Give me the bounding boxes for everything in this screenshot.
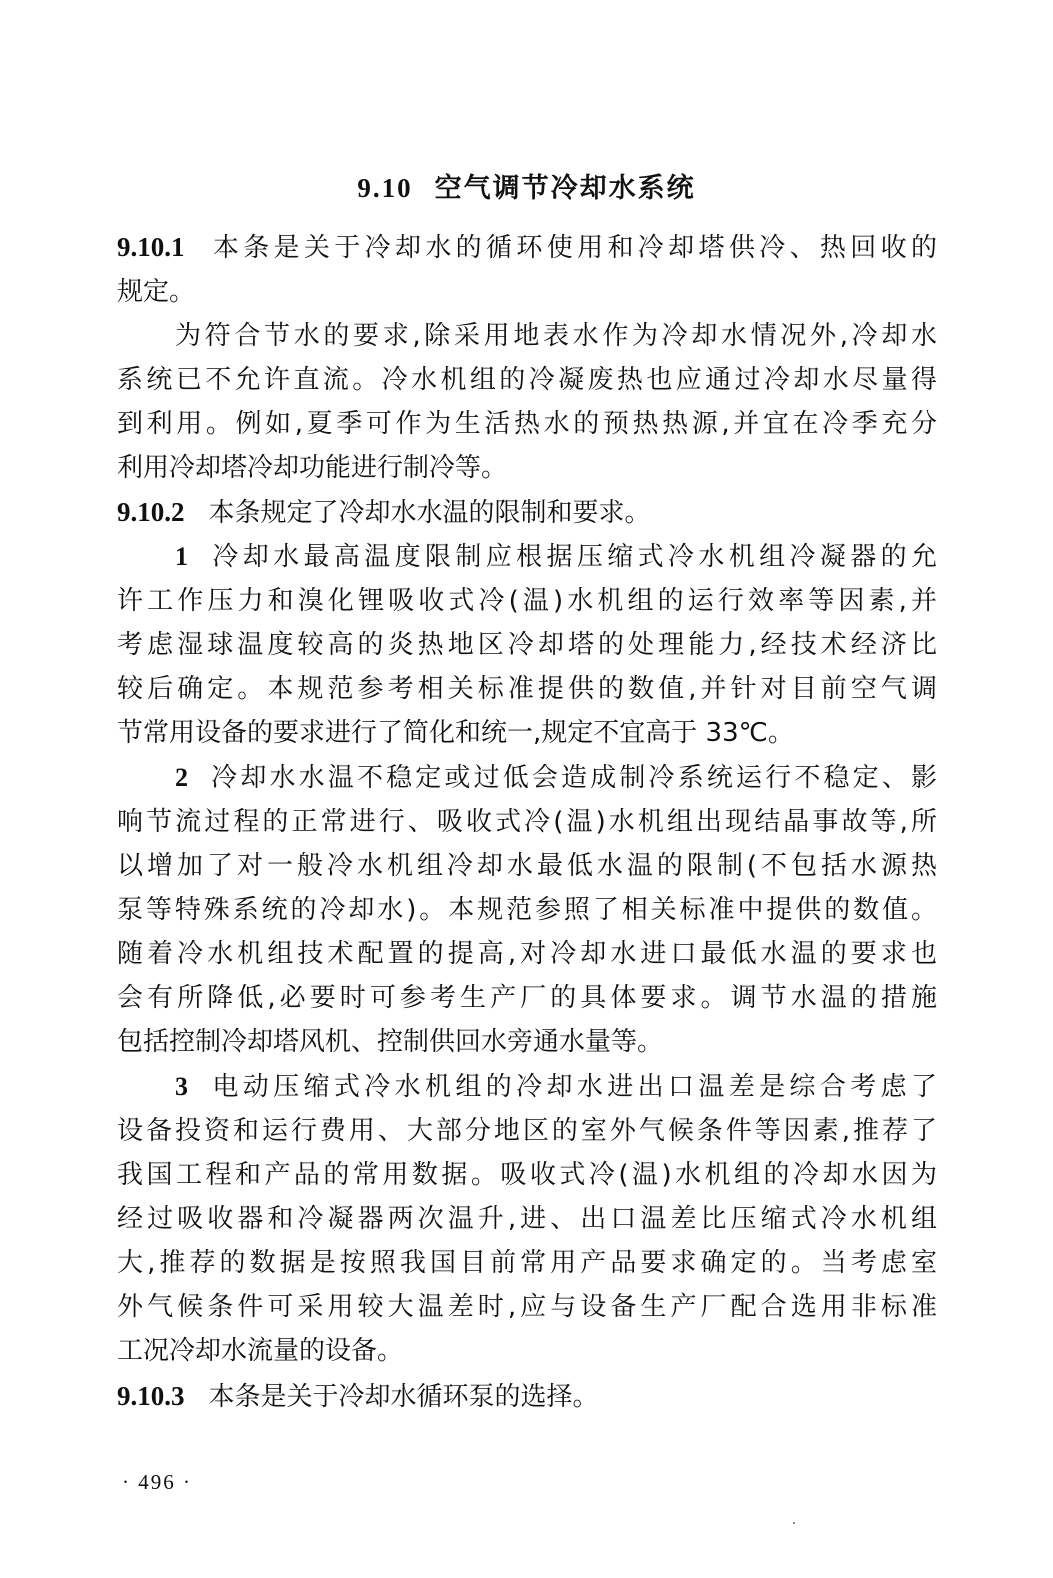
item-line: 随着冷水机组技术配置的提高,对冷却水进口最低水温的要求也 xyxy=(117,937,937,971)
item-line: 会有所降低,必要时可参考生产厂的具体要求。调节水温的措施 xyxy=(117,981,937,1015)
section-heading: 9.10空气调节冷却水系统 xyxy=(0,166,1053,205)
item-line: 许工作压力和溴化锂吸收式冷(温)水机组的运行效率等因素,并 xyxy=(117,584,937,618)
clause-line: 规定。 xyxy=(117,275,937,309)
item-line: 2冷却水水温不稳定或过低会造成制冷系统运行不稳定、影 xyxy=(175,761,937,795)
clause-text: 本条是关于冷却水的循环使用和冷却塔供冷、热回收的 xyxy=(209,233,938,263)
item-line: 较后确定。本规范参考相关标准提供的数值,并针对目前空气调 xyxy=(117,672,937,706)
clause-number: 9.10.1 xyxy=(117,232,185,262)
page-number: · 496 · xyxy=(122,1470,192,1495)
section-title: 空气调节冷却水系统 xyxy=(435,173,696,204)
item-line: 3电动压缩式冷水机组的冷却水进出口温差是综合考虑了 xyxy=(175,1070,937,1104)
section-number: 9.10 xyxy=(357,173,412,203)
clause-text: 本条规定了冷却水水温的限制和要求。 xyxy=(209,498,651,528)
item-line: 工况冷却水流量的设备。 xyxy=(117,1334,937,1368)
clause-line: 9.10.1本条是关于冷却水的循环使用和冷却塔供冷、热回收的 xyxy=(117,230,937,265)
item-line: 外气候条件可采用较大温差时,应与设备生产厂配合选用非标准 xyxy=(117,1290,937,1324)
paragraph-line: 利用冷却塔冷却功能进行制冷等。 xyxy=(117,451,937,485)
item-line: 响节流过程的正常进行、吸收式冷(温)水机组出现结晶事故等,所 xyxy=(117,805,937,839)
paragraph-line: 为符合节水的要求,除采用地表水作为冷却水情况外,冷却水 xyxy=(175,319,937,353)
item-line: 考虑湿球温度较高的炎热地区冷却塔的处理能力,经技术经济比 xyxy=(117,628,937,662)
paragraph-line: 到利用。例如,夏季可作为生活热水的预热热源,并宜在冷季充分 xyxy=(117,407,937,441)
item-line: 经过吸收器和冷凝器两次温升,进、出口温差比压缩式冷水机组 xyxy=(117,1202,937,1236)
item-line: 设备投资和运行费用、大部分地区的室外气候条件等因素,推荐了 xyxy=(117,1114,937,1148)
item-text: 电动压缩式冷水机组的冷却水进出口温差是综合考虑了 xyxy=(208,1072,937,1102)
item-number: 1 xyxy=(175,542,188,571)
item-line: 泵等特殊系统的冷却水)。本规范参照了相关标准中提供的数值。 xyxy=(117,893,937,927)
clause-line: 9.10.2本条规定了冷却水水温的限制和要求。 xyxy=(117,495,937,530)
item-text: 冷却水水温不稳定或过低会造成制冷系统运行不稳定、影 xyxy=(208,763,937,793)
document-page: 9.10空气调节冷却水系统 9.10.1本条是关于冷却水的循环使用和冷却塔供冷、… xyxy=(0,0,1053,1578)
scan-speck xyxy=(793,1522,795,1524)
item-line: 大,推荐的数据是按照我国目前常用产品要求确定的。当考虑室 xyxy=(117,1246,937,1280)
clause-text: 本条是关于冷却水循环泵的选择。 xyxy=(209,1382,599,1412)
paragraph-line: 系统已不允许直流。冷水机组的冷凝废热也应通过冷却水尽量得 xyxy=(117,363,937,397)
item-line: 节常用设备的要求进行了简化和统一,规定不宜高于 33℃。 xyxy=(117,716,937,750)
clause-number: 9.10.3 xyxy=(117,1381,185,1411)
clause-line: 9.10.3本条是关于冷却水循环泵的选择。 xyxy=(117,1379,937,1414)
item-number: 2 xyxy=(175,763,188,792)
item-line: 1冷却水最高温度限制应根据压缩式冷水机组冷凝器的允 xyxy=(175,540,937,574)
item-line: 我国工程和产品的常用数据。吸收式冷(温)水机组的冷却水因为 xyxy=(117,1158,937,1192)
item-number: 3 xyxy=(175,1072,188,1101)
item-line: 包括控制冷却塔风机、控制供回水旁通水量等。 xyxy=(117,1025,937,1059)
item-text: 冷却水最高温度限制应根据压缩式冷水机组冷凝器的允 xyxy=(208,542,937,572)
clause-number: 9.10.2 xyxy=(117,497,185,527)
item-line: 以增加了对一般冷水机组冷却水最低水温的限制(不包括水源热 xyxy=(117,849,937,883)
